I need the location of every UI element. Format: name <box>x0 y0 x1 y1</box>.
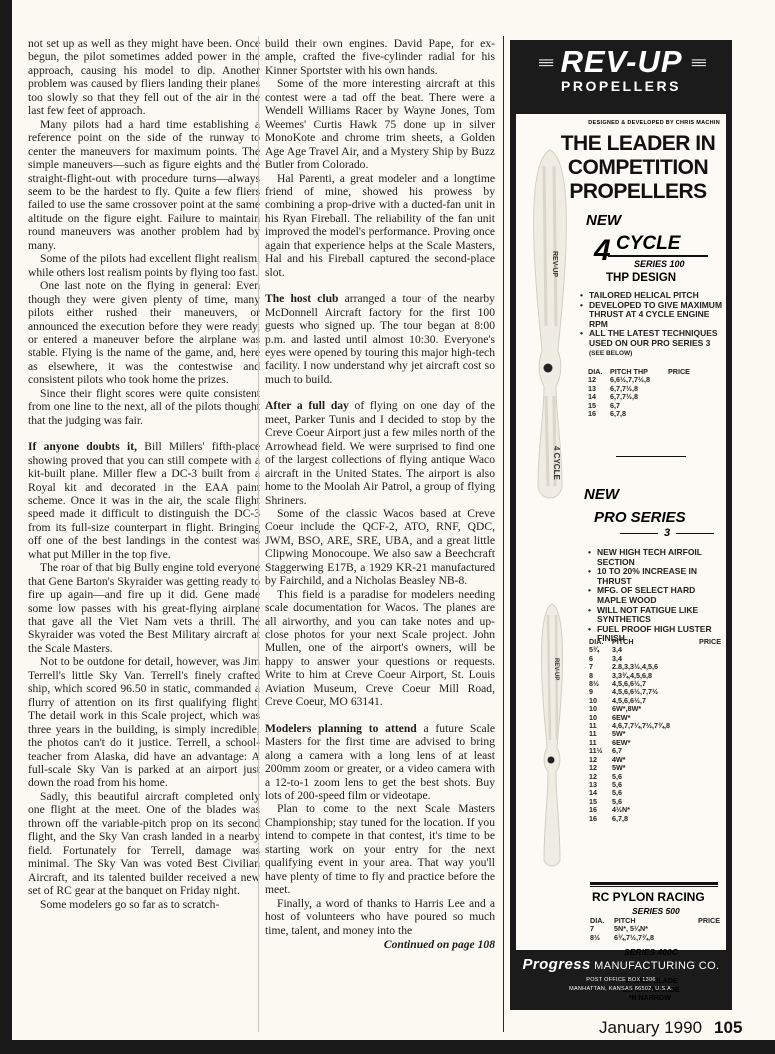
svg-text:REV-UP: REV-UP <box>551 251 558 277</box>
svg-text:REV-UP: REV-UP <box>553 658 559 680</box>
table-row: 104,5,6,6½,7 <box>589 697 721 705</box>
table-row: 146,7,7½,8 <box>588 393 708 401</box>
table-cell <box>692 646 721 654</box>
table-cell <box>692 714 721 722</box>
table-cell <box>668 402 708 410</box>
paragraph: Sadly, this beautiful aircraft completed… <box>28 790 260 898</box>
paragraph: Some of the classic Wacos based at Creve… <box>265 507 495 588</box>
paragraph: not set up as well as they might have be… <box>28 37 260 118</box>
column-divider <box>258 36 259 1032</box>
company-address-line-2: MANHATTAN, KANSAS 66502, U.S.A. <box>510 985 732 994</box>
table-row: 94,5,6,6½,7,7½ <box>589 688 721 696</box>
paragraph: This field is a paradise for modelers ne… <box>265 588 495 709</box>
right-wing-icon: ≡≡ <box>691 55 704 72</box>
section-paragraph: After a full day of flying on one day of… <box>265 399 495 507</box>
page-number: 105 <box>714 1018 742 1037</box>
table-row: 155,6 <box>589 798 721 806</box>
divider <box>590 886 718 887</box>
paragraph: Finally, a word of thanks to Harris Lee … <box>265 897 495 937</box>
paragraph: Some of the more interesting aircraft at… <box>265 77 495 171</box>
table-row: 136,7,7½,8 <box>588 385 708 393</box>
table-cell <box>692 789 721 797</box>
table-cell <box>692 739 721 747</box>
magazine-page: not set up as well as they might have be… <box>12 0 775 1040</box>
table-row: 114,6,7,7¼,7½,7¾,8 <box>589 722 721 730</box>
table-row: 116EW* <box>589 739 721 747</box>
table-cell: 5,6 <box>612 781 692 789</box>
table-cell <box>690 925 720 933</box>
pro-series-size-table: DIA.PITCHPRICE 5¾3,4 63,4 72.8,3,3½,4,5,… <box>589 638 721 823</box>
table-cell <box>668 385 708 393</box>
table-cell <box>692 747 721 755</box>
table-header-cell: PRICE <box>692 638 721 646</box>
table-row: 126,6½,7,7½,8 <box>588 376 708 384</box>
table-cell <box>668 410 708 418</box>
paragraph: Plan to come to the next Scale Masters C… <box>265 802 495 896</box>
paragraph: Some of the pilots had excellent flight … <box>28 252 260 279</box>
table-cell <box>692 730 721 738</box>
pylon-racing-title: RC PYLON RACING <box>592 890 705 904</box>
table-row: 115W* <box>589 730 721 738</box>
paragraph: Some modelers go so far as to scratch- <box>28 898 260 911</box>
table-row: 125W* <box>589 764 721 772</box>
new-label: NEW <box>586 212 621 229</box>
table-row: 11½6,7 <box>589 747 721 755</box>
table-row: 135,6 <box>589 781 721 789</box>
table-cell: 3,4 <box>612 646 692 654</box>
ad-footer: Progress MANUFACTURING CO. POST OFFICE B… <box>510 950 732 994</box>
paragraph: The roar of that big Bully engine told e… <box>28 561 260 655</box>
paragraph: Not to be outdone for detail, however, w… <box>28 655 260 790</box>
table-row: 125,6 <box>589 773 721 781</box>
table-cell: 6¾,7½,7¾,8 <box>614 934 690 942</box>
table-row: 166,7,8 <box>588 410 708 418</box>
pro-series-features: NEW HIGH TECH AIRFOIL SECTION 10 TO 20% … <box>588 548 724 644</box>
table-cell <box>692 773 721 781</box>
paragraph: Hal Parenti, a great modeler and a long­… <box>265 172 495 280</box>
table-cell <box>692 705 721 713</box>
column-divider <box>503 36 504 1032</box>
table-cell <box>668 393 708 401</box>
series-500-label: SERIES 500 <box>632 906 680 916</box>
table-cell <box>692 798 721 806</box>
table-header-cell: PRICE <box>690 917 720 925</box>
pro-series-number: 3 <box>612 527 722 539</box>
issue-date: January 1990 <box>599 1018 702 1037</box>
table-cell <box>692 781 721 789</box>
table-cell <box>692 756 721 764</box>
table-row: 106W*,8W* <box>589 705 721 713</box>
table-cell: 5W* <box>612 764 692 772</box>
table-cell: 8½ <box>590 934 614 942</box>
four-cycle-features: TAILORED HELICAL PITCH DEVELOPED TO GIVE… <box>580 291 726 358</box>
table-header-cell: PRICE <box>668 368 708 376</box>
table-cell <box>690 934 720 942</box>
divider <box>616 456 686 457</box>
table-row: 8½6¾,7½,7¾,8 <box>590 934 720 942</box>
table-cell <box>692 815 721 823</box>
table-cell: DIA.PITCHPRICE <box>590 917 720 925</box>
table-cell <box>668 376 708 384</box>
section-paragraph: If anyone doubts it, Bill Millers' fifth… <box>28 440 260 561</box>
paragraph: One last note on the flying in general: … <box>28 279 260 387</box>
propeller-image-4cycle: REV-UP 4 CYCLE <box>524 146 576 506</box>
table-cell: 6,7,8 <box>612 815 692 823</box>
paragraph: Many pilots had a hard time establishing… <box>28 118 260 253</box>
company-address-line-1: POST OFFICE BOX 1306 <box>510 976 732 985</box>
table-cell <box>692 680 721 688</box>
section-paragraph: Modelers planning to attend a future Sca… <box>265 722 495 803</box>
new-label: NEW <box>584 486 619 503</box>
series-500-table: DIA.PITCHPRICE 75N*, 5¼N* 8½6¾,7½,7¾,8 <box>590 917 720 942</box>
table-cell <box>692 688 721 696</box>
table-cell <box>692 672 721 680</box>
table-cell <box>692 722 721 730</box>
brand-subtitle: PROPELLERS <box>510 78 732 94</box>
section-lead: Modelers planning to attend <box>265 722 417 735</box>
designer-credit: DESIGNED & DEVELOPED BY CHRIS MACHIN <box>588 120 720 126</box>
table-row: 72.8,3,3½,4,5,6 <box>589 663 721 671</box>
table-cell: 5,6 <box>612 773 692 781</box>
brand-logo: ≡≡ REV-UP ≡≡ <box>510 40 732 80</box>
table-cell <box>692 697 721 705</box>
table-row: 164½N* <box>589 806 721 814</box>
ad-header: ≡≡ REV-UP ≡≡ PROPELLERS <box>510 40 732 114</box>
table-cell: 6,7,8 <box>610 410 668 418</box>
table-row: 83,3¾,4,5,6,8 <box>589 672 721 680</box>
rev-up-propellers-ad: ≡≡ REV-UP ≡≡ PROPELLERS DESIGNED & DEVEL… <box>510 40 732 1010</box>
paragraph: Since their flight scores were quite con… <box>28 387 260 427</box>
section-lead: The host club <box>265 292 338 305</box>
article-column-2: build their own engines. David Pape, for… <box>265 37 495 951</box>
table-row: 75N*, 5¼N* <box>590 925 720 933</box>
svg-text:4 CYCLE: 4 CYCLE <box>552 446 561 480</box>
table-row: 145,6 <box>589 789 721 797</box>
article-column-1: not set up as well as they might have be… <box>28 37 260 911</box>
table-cell <box>692 655 721 663</box>
table-cell: DIA.PITCHPRICE <box>589 638 721 646</box>
table-row: 124W* <box>589 756 721 764</box>
page-footer: January 1990105 <box>599 1018 742 1038</box>
company-name: Progress MANUFACTURING CO. <box>510 956 732 973</box>
table-row: 5¾3,4 <box>589 646 721 654</box>
table-row: 156,7 <box>588 402 708 410</box>
table-cell <box>692 663 721 671</box>
paragraph: build their own engines. David Pape, for… <box>265 37 495 77</box>
table-cell: 16 <box>589 815 612 823</box>
section-lead: If anyone doubts it, <box>28 440 137 453</box>
continued-link[interactable]: Continued on page 108 <box>265 938 495 951</box>
thp-design-label: THP DESIGN <box>606 272 676 284</box>
table-cell <box>692 764 721 772</box>
ad-headline: THE LEADER IN COMPETITION PROPELLERS <box>552 132 724 204</box>
section-lead: After a full day <box>265 399 349 412</box>
section-paragraph: The host club arranged a tour of the nea… <box>265 292 495 386</box>
ad-body: DESIGNED & DEVELOPED BY CHRIS MACHIN THE… <box>516 114 726 950</box>
table-cell: 5,6 <box>612 789 692 797</box>
table-row: 166,7,8 <box>589 815 721 823</box>
table-header-cell: PITCH <box>612 638 692 646</box>
propeller-image-pro-series: REV-UP <box>532 600 572 870</box>
table-cell: 6EW* <box>612 739 692 747</box>
pro-series-title: PRO SERIES <box>594 509 686 526</box>
table-cell <box>692 806 721 814</box>
divider <box>590 882 718 885</box>
four-cycle-size-table: DIA.PITCH THPPRICE 126,6½,7,7½,8 136,7,7… <box>588 368 708 418</box>
left-wing-icon: ≡≡ <box>538 55 551 72</box>
table-cell: 16 <box>588 410 610 418</box>
